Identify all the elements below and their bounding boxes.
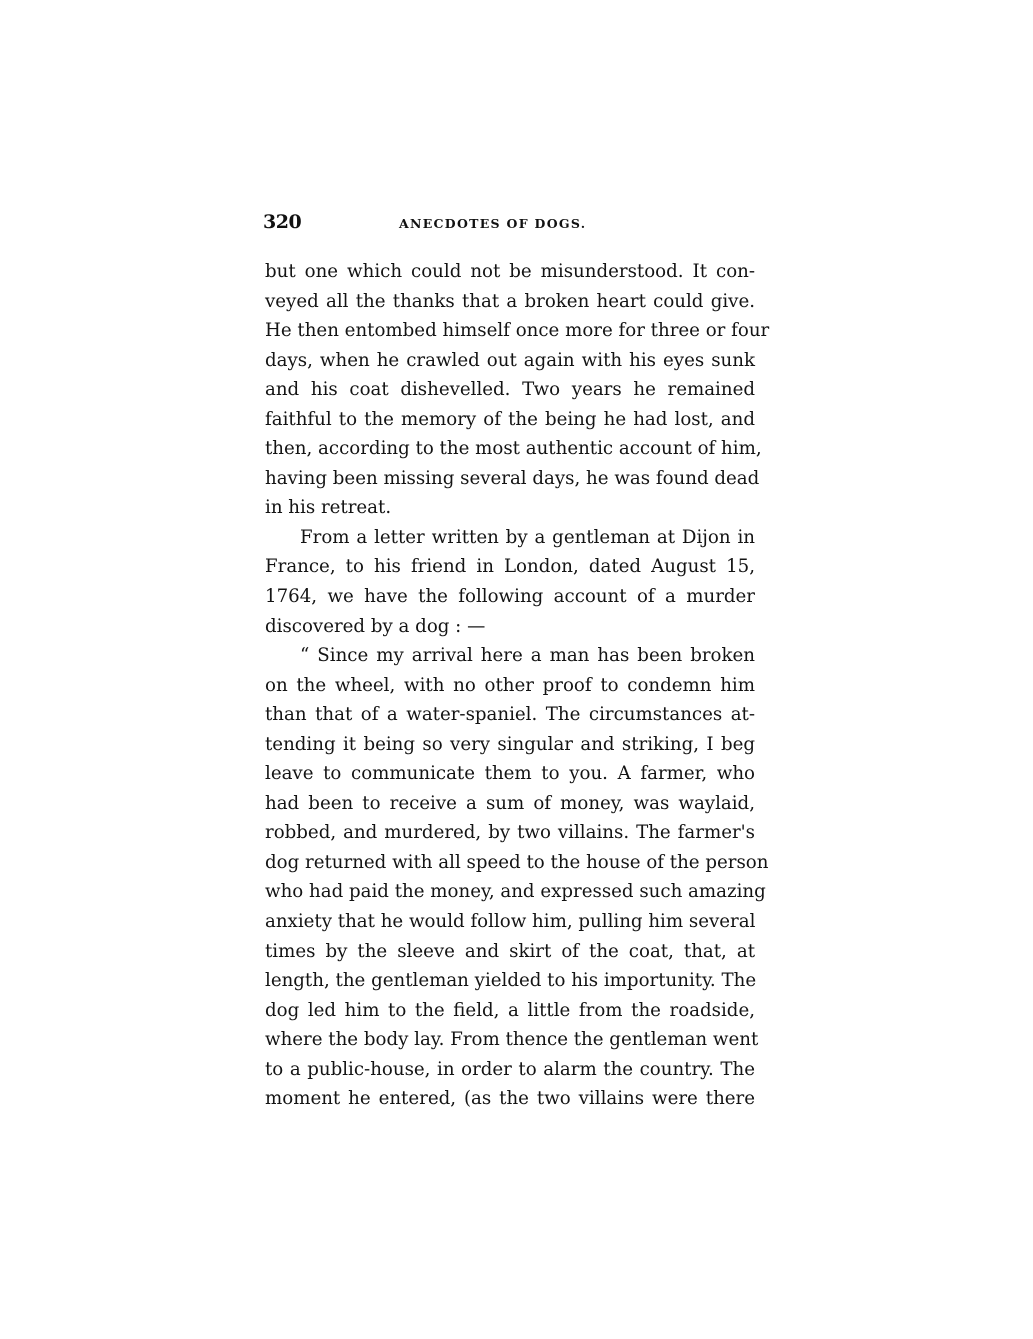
text-line: having been missing several days, he was… bbox=[265, 464, 755, 494]
page-number: 320 bbox=[263, 211, 301, 233]
running-title: ANECDOTES OF DOGS. bbox=[399, 216, 586, 231]
text-line: then, according to the most authentic ac… bbox=[265, 434, 755, 464]
text-line: days, when he crawled out again with his… bbox=[265, 346, 755, 376]
paragraph-start-line: “ Since my arrival here a man has been b… bbox=[265, 641, 755, 671]
text-line: veyed all the thanks that a broken heart… bbox=[265, 287, 755, 317]
text-line: faithful to the memory of the being he h… bbox=[265, 405, 755, 435]
text-line: tending it being so very singular and st… bbox=[265, 730, 755, 760]
text-line: dog returned with all speed to the house… bbox=[265, 848, 755, 878]
text-line: discovered by a dog : — bbox=[265, 612, 755, 642]
text-line: robbed, and murdered, by two villains. T… bbox=[265, 818, 755, 848]
text-line: times by the sleeve and skirt of the coa… bbox=[265, 937, 755, 967]
text-line: who had paid the money, and expressed su… bbox=[265, 877, 755, 907]
text-line: He then entombed himself once more for t… bbox=[265, 316, 755, 346]
text-line: on the wheel, with no other proof to con… bbox=[265, 671, 755, 701]
text-line: to a public-house, in order to alarm the… bbox=[265, 1055, 755, 1085]
text-line: France, to his friend in London, dated A… bbox=[265, 552, 755, 582]
book-page: 320 ANECDOTES OF DOGS. but one which cou… bbox=[0, 0, 1033, 1339]
text-line: but one which could not be misunderstood… bbox=[265, 257, 755, 287]
text-line: than that of a water-spaniel. The circum… bbox=[265, 700, 755, 730]
paragraph-start-line: From a letter written by a gentleman at … bbox=[265, 523, 755, 553]
running-head: 320 ANECDOTES OF DOGS. bbox=[263, 211, 755, 235]
body-text: but one which could not be misunderstood… bbox=[265, 257, 755, 1114]
text-line: length, the gentleman yielded to his imp… bbox=[265, 966, 755, 996]
text-line: anxiety that he would follow him, pullin… bbox=[265, 907, 755, 937]
text-line: 1764, we have the following account of a… bbox=[265, 582, 755, 612]
text-line: had been to receive a sum of money, was … bbox=[265, 789, 755, 819]
text-line: moment he entered, (as the two villains … bbox=[265, 1084, 755, 1114]
text-line: in his retreat. bbox=[265, 493, 755, 523]
text-line: dog led him to the field, a little from … bbox=[265, 996, 755, 1026]
text-line: where the body lay. From thence the gent… bbox=[265, 1025, 755, 1055]
text-line: leave to communicate them to you. A farm… bbox=[265, 759, 755, 789]
text-line: and his coat dishevelled. Two years he r… bbox=[265, 375, 755, 405]
